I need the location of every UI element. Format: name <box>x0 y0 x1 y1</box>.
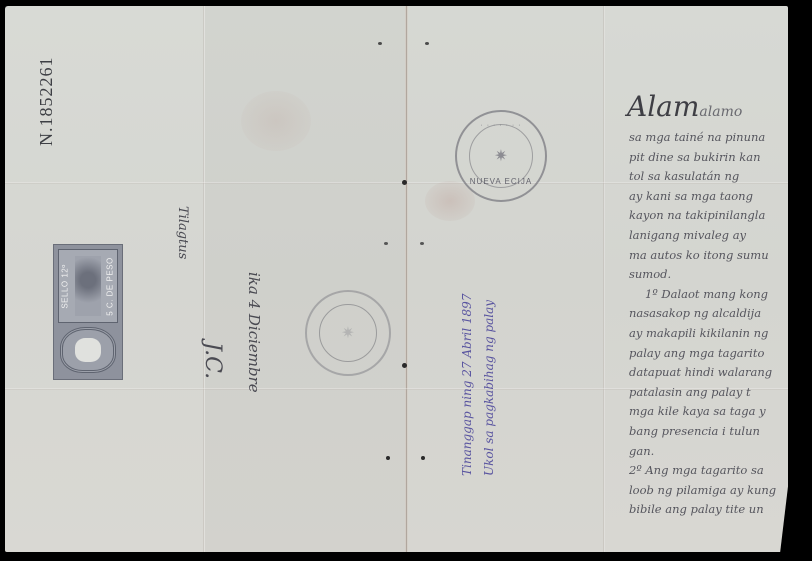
pin-hole <box>386 456 390 460</box>
center-fold <box>405 6 408 552</box>
seal-emblem-icon: ✷ <box>341 323 354 343</box>
text-line: ay kani sa mga taong <box>629 187 812 207</box>
received-note-line1: Tinanggap ning 27 Abril 1897 <box>460 294 474 476</box>
vertical-word: Tilagtus <box>175 206 190 259</box>
text-line: sa mga tainé na pinuna <box>629 128 812 148</box>
text-line: pit dine sa bukirin kan <box>629 148 812 168</box>
seal-nueva-ecija: · · · · · · · ✷ NUEVA ECIJA <box>455 110 547 202</box>
pin-hole <box>384 242 388 245</box>
stamp-vignette: SELLO 12º 5 C. DE PESO <box>58 249 118 323</box>
text-line: loob ng pilamiga ay kung <box>629 481 812 501</box>
received-note-line2: Ukol sa pagkabihag ng palay <box>482 300 496 476</box>
stain <box>241 91 311 151</box>
text-line: patalasin ang palay t <box>629 383 812 403</box>
seal-middle: ✷ <box>305 290 391 376</box>
text-line: ma autos ko itong sumu <box>629 246 812 266</box>
text-line: datapuat hindi walarang <box>629 363 812 383</box>
text-line: mga kile kaya sa taga y <box>629 402 812 422</box>
text-line: lanigang mivaleg ay <box>629 226 812 246</box>
panel-shade <box>205 6 405 552</box>
fold-line <box>603 6 605 552</box>
heading: Alamalamo <box>627 90 742 123</box>
pin-hole <box>420 242 424 245</box>
serial-number: N.1852261 <box>36 57 57 147</box>
seal-emblem-icon: ✷ <box>494 146 507 166</box>
text-line: bang presencia i tulun <box>629 422 812 442</box>
text-line: bibile ang palay tite un <box>629 500 812 520</box>
text-line: tol sa kasulatán ng <box>629 167 812 187</box>
punch-hole <box>402 180 407 185</box>
stamp-frame <box>60 327 116 373</box>
signature-mark: J.C. <box>200 342 225 379</box>
text-line: 1º Dalaot mang kong <box>629 285 812 305</box>
stamp-blank-oval <box>75 338 101 362</box>
document-paper: N.1852261 SELLO 12º 5 C. DE PESO Tilagtu… <box>5 6 788 552</box>
text-line: 2º Ang mga tagarito sa <box>629 461 812 481</box>
text-line: gan. <box>629 442 812 462</box>
punch-hole <box>402 363 407 368</box>
main-text: sa mga tainé na pinuna pit dine sa bukir… <box>629 128 812 520</box>
stamp-figure-icon <box>75 256 101 316</box>
pin-hole <box>421 456 425 460</box>
pin-hole <box>378 42 382 45</box>
pin-hole <box>425 42 429 45</box>
text-line: kayon na takipinilangla <box>629 206 812 226</box>
stamp-left-text: SELLO 12º <box>59 250 72 322</box>
text-line: nasasakop ng alcaldija <box>629 304 812 324</box>
text-line: palay ang mga tagarito <box>629 344 812 364</box>
stamp-right-text: 5 C. DE PESO <box>104 250 117 322</box>
signature-line: ika 4 Diciembre <box>245 272 263 393</box>
revenue-stamp: SELLO 12º 5 C. DE PESO <box>53 244 123 380</box>
text-line: sumod. <box>629 265 812 285</box>
fold-line <box>203 6 205 552</box>
text-line: ay makapili kikilanin ng <box>629 324 812 344</box>
